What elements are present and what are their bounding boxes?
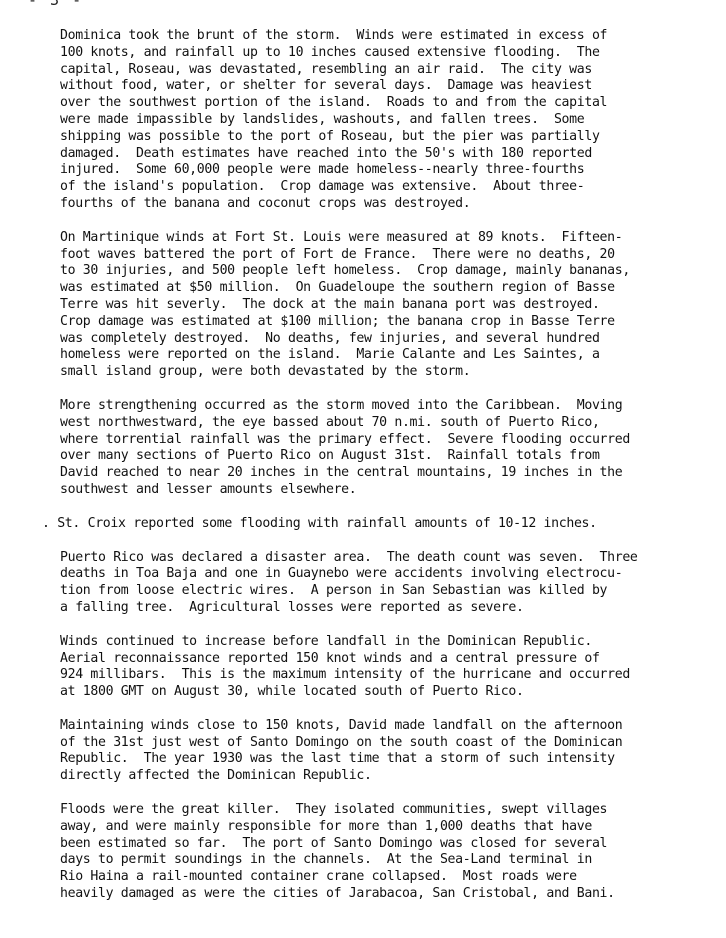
text-line: injured. Some 60,000 people were made ho… bbox=[60, 161, 681, 178]
text-line: small island group, were both devastated… bbox=[60, 363, 681, 380]
text-line: 100 knots, and rainfall up to 10 inches … bbox=[60, 44, 681, 61]
text-line: More strengthening occurred as the storm… bbox=[60, 397, 681, 414]
text-line: On Martinique winds at Fort St. Louis we… bbox=[60, 229, 681, 246]
text-line: Republic. The year 1930 was the last tim… bbox=[60, 750, 681, 767]
text-line: Floods were the great killer. They isola… bbox=[60, 801, 681, 818]
text-line: capital, Roseau, was devastated, resembl… bbox=[60, 61, 681, 78]
text-line: days to permit soundings in the channels… bbox=[60, 851, 681, 868]
text-line: shipping was possible to the port of Ros… bbox=[60, 128, 681, 145]
text-line: damaged. Death estimates have reached in… bbox=[60, 145, 681, 162]
text-line: at 1800 GMT on August 30, while located … bbox=[60, 683, 681, 700]
text-line: without food, water, or shelter for seve… bbox=[60, 77, 681, 94]
text-line: . St. Croix reported some flooding with … bbox=[42, 515, 680, 532]
text-line: over many sections of Puerto Rico on Aug… bbox=[60, 447, 681, 464]
text-line: was estimated at $50 million. On Guadelo… bbox=[60, 279, 681, 296]
text-line: of the island's population. Crop damage … bbox=[60, 178, 681, 195]
paragraph-landfall: Maintaining winds close to 150 knots, Da… bbox=[60, 717, 700, 784]
text-line: fourths of the banana and coconut crops … bbox=[60, 195, 681, 212]
text-line: tion from loose electric wires. A person… bbox=[60, 582, 681, 599]
text-line: homeless were reported on the island. Ma… bbox=[60, 346, 681, 363]
text-line: Terre was hit severly. The dock at the m… bbox=[60, 296, 681, 313]
paragraph-floods: Floods were the great killer. They isola… bbox=[60, 801, 700, 902]
text-line: southwest and lesser amounts elsewhere. bbox=[60, 481, 681, 498]
document-body: Dominica took the brunt of the storm. Wi… bbox=[60, 27, 700, 902]
text-line: a falling tree. Agricultural losses were… bbox=[60, 599, 681, 616]
text-line: to 30 injuries, and 500 people left home… bbox=[60, 262, 681, 279]
text-line: where torrential rainfall was the primar… bbox=[60, 431, 681, 448]
paragraph-winds-increase: Winds continued to increase before landf… bbox=[60, 633, 700, 700]
page-number: - 3 - bbox=[28, 0, 83, 9]
text-line: Dominica took the brunt of the storm. Wi… bbox=[60, 27, 681, 44]
paragraph-martinique-guadeloupe: On Martinique winds at Fort St. Louis we… bbox=[60, 229, 700, 380]
text-line: west northwestward, the eye bassed about… bbox=[60, 414, 681, 431]
text-line: directly affected the Dominican Republic… bbox=[60, 767, 681, 784]
text-line: away, and were mainly responsible for mo… bbox=[60, 818, 681, 835]
text-line: of the 31st just west of Santo Domingo o… bbox=[60, 734, 681, 751]
text-line: Puerto Rico was declared a disaster area… bbox=[60, 549, 681, 566]
text-line: Crop damage was estimated at $100 millio… bbox=[60, 313, 681, 330]
text-line: David reached to near 20 inches in the c… bbox=[60, 464, 681, 481]
text-line: Aerial reconnaissance reported 150 knot … bbox=[60, 650, 681, 667]
text-line: were made impassible by landslides, wash… bbox=[60, 111, 681, 128]
text-line: 924 millibars. This is the maximum inten… bbox=[60, 666, 681, 683]
text-line: Maintaining winds close to 150 knots, Da… bbox=[60, 717, 681, 734]
text-line: deaths in Toa Baja and one in Guaynebo w… bbox=[60, 565, 681, 582]
paragraph-st-croix: . St. Croix reported some flooding with … bbox=[42, 515, 700, 532]
text-line: Winds continued to increase before landf… bbox=[60, 633, 681, 650]
text-line: heavily damaged as were the cities of Ja… bbox=[60, 885, 681, 902]
paragraph-caribbean-strengthening: More strengthening occurred as the storm… bbox=[60, 397, 700, 498]
text-line: been estimated so far. The port of Santo… bbox=[60, 835, 681, 852]
paragraph-dominica: Dominica took the brunt of the storm. Wi… bbox=[60, 27, 700, 212]
paragraph-puerto-rico-disaster: Puerto Rico was declared a disaster area… bbox=[60, 549, 700, 616]
text-line: was completely destroyed. No deaths, few… bbox=[60, 330, 681, 347]
text-line: foot waves battered the port of Fort de … bbox=[60, 246, 681, 263]
text-line: Rio Haina a rail-mounted container crane… bbox=[60, 868, 681, 885]
text-line: over the southwest portion of the island… bbox=[60, 94, 681, 111]
